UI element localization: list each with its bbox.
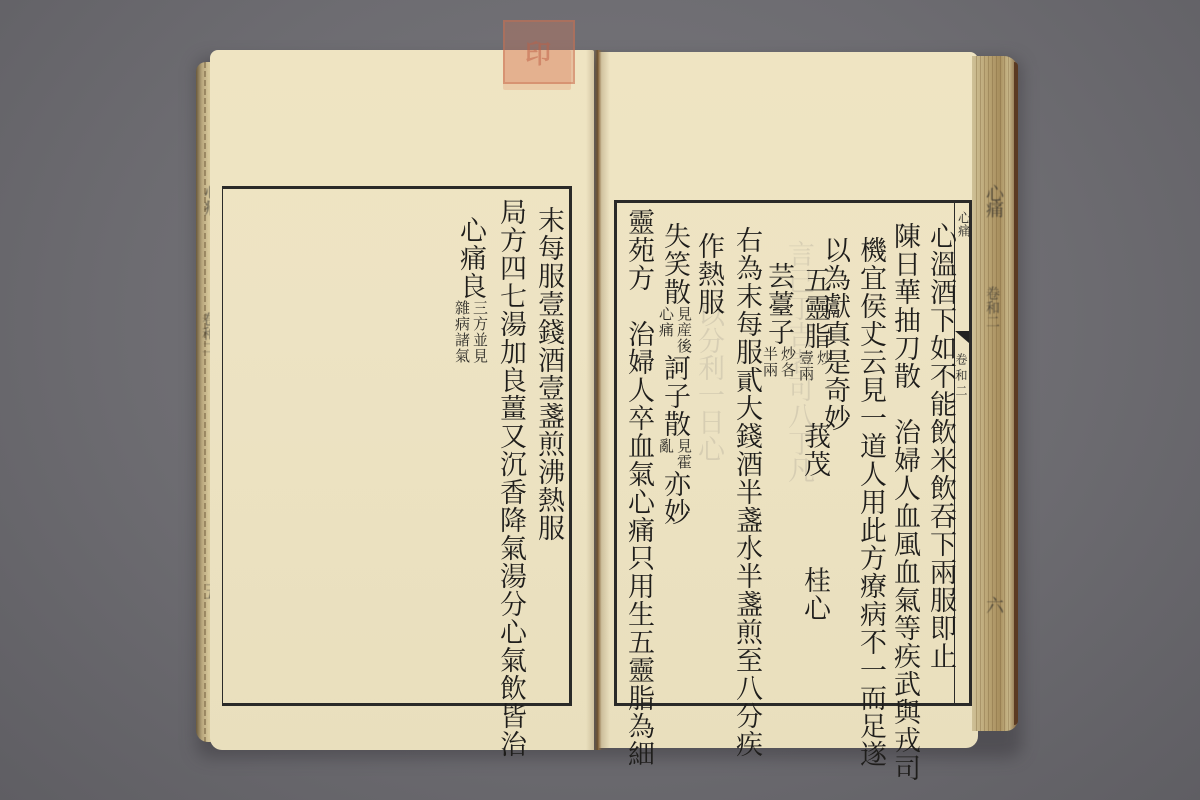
interlinear-note: 見霍亂	[658, 438, 692, 470]
book-gutter	[586, 50, 610, 750]
text-heading: 心痛良	[455, 216, 486, 300]
seal-glyph: 印	[525, 34, 553, 71]
text-column: 末每服壹錢酒壹盞煎沸熱服	[530, 206, 566, 542]
interlinear-note: 炒各半兩	[762, 346, 796, 378]
open-book: 心痛 卷 和 二 五 心痛 卷 和 二 六 印 末每服壹錢酒壹盞煎沸熱服 局方四…	[0, 0, 1200, 800]
ingredient-name: 莪茂	[799, 422, 830, 478]
note-line: 見産後	[676, 306, 692, 354]
note-line: 炒	[816, 350, 832, 382]
text-column: 芸薹子炒各半兩	[760, 262, 796, 378]
right-page-block-edge: 心痛 卷 和 二 六	[972, 56, 1018, 731]
formula-name: 訶子散	[659, 354, 690, 438]
text-column: 心痛良三方並見雜病諸氣	[452, 216, 488, 364]
formula-name: 失笑散	[659, 222, 690, 306]
cover-edge	[1014, 62, 1018, 725]
text-column: 右為末每服貳大錢酒半盞水半盞煎至八分疾	[728, 226, 764, 758]
text-column: 作熱服	[690, 232, 726, 316]
edge-mark-title: 心痛	[980, 184, 1006, 216]
note-line: 半兩	[762, 346, 778, 378]
note-line: 見霍	[676, 438, 692, 470]
interlinear-note: 炒壹兩	[798, 350, 832, 382]
note-line: 心痛	[658, 306, 674, 354]
note-line: 雜病諸氣	[454, 300, 470, 364]
note-line: 亂	[658, 438, 674, 470]
text-fragment: 亦妙	[659, 470, 690, 526]
text-column: 靈苑方 治婦人卒血氣心痛只用生五靈脂為細	[620, 208, 656, 768]
show-through-text: 以分利一日心	[690, 300, 726, 462]
text-column: 失笑散見産後心痛訶子散見霍亂亦妙	[656, 222, 692, 526]
note-line: 炒各	[780, 346, 796, 378]
interlinear-note: 見産後心痛	[658, 306, 692, 354]
text-column: 機宜侯𠀋云見一道人用此方療病不一而足遂	[852, 236, 888, 768]
note-line: 壹兩	[798, 350, 814, 382]
ingredient-name: 桂心	[799, 566, 830, 622]
text-column: 五靈脂炒壹兩莪茂桂心	[796, 266, 832, 622]
interlinear-note: 三方並見雜病諸氣	[454, 300, 488, 364]
text-column: 心溫酒下如不能飲米飲吞下兩服即止	[922, 222, 958, 670]
red-seal-stamp: 印	[503, 20, 575, 84]
note-line: 三方並見	[472, 300, 488, 364]
edge-mark-volume: 卷 和 二	[982, 286, 1002, 327]
ingredient-name: 五靈脂	[799, 266, 830, 350]
ingredient-name: 芸薹子	[763, 262, 794, 346]
text-column: 陳日華抽刀散 治婦人血風血氣等疾武與戎司	[886, 222, 922, 782]
edge-mark-page: 六	[980, 596, 1006, 612]
text-column: 局方四七湯加良薑又沉香降氣湯分心氣飲皆治	[492, 198, 528, 758]
